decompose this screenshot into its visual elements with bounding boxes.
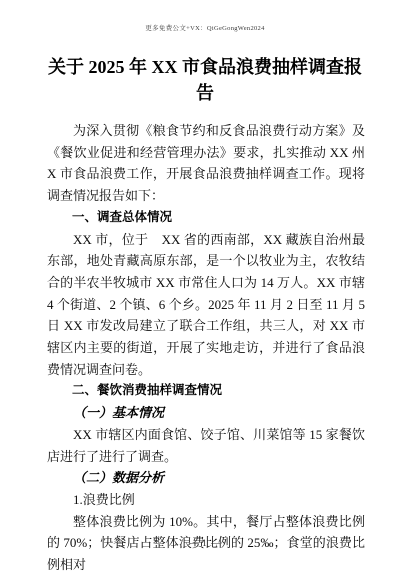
section-heading-survey-overview: 一、调查总体情况 bbox=[47, 207, 365, 229]
waste-ratio-label: 1.浪费比例 bbox=[47, 489, 365, 511]
page-number: — 1 — bbox=[0, 538, 410, 548]
section-heading-sampling-survey: 二、餐饮消费抽样调查情况 bbox=[47, 380, 365, 402]
document-page: 更多免费公文+VX：QiGeGongWen2024 关于 2025 年 XX 市… bbox=[0, 0, 410, 580]
document-body: 为深入贯彻《粮食节约和反食品浪费行动方案》及《餐饮业促进和经营管理办法》要求，扎… bbox=[47, 120, 365, 576]
document-title: 关于 2025 年 XX 市食品浪费抽样调查报告 bbox=[42, 54, 368, 106]
survey-overview-paragraph: XX 市，位于 XX 省的西南部，XX 藏族自治州最东部，地处青藏高原东部，是一… bbox=[47, 229, 365, 381]
intro-paragraph: 为深入贯彻《粮食节约和反食品浪费行动方案》及《餐饮业促进和经营管理办法》要求，扎… bbox=[47, 120, 365, 207]
basic-situation-paragraph: XX 市辖区内面食馆、饺子馆、川菜馆等 15 家餐饮店进行了进行了调查。 bbox=[47, 424, 365, 467]
subsection-heading-data-analysis: （二）数据分析 bbox=[47, 467, 365, 489]
subsection-heading-basic-situation: （一）基本情况 bbox=[47, 402, 365, 424]
header-promo-note: 更多免费公文+VX：QiGeGongWen2024 bbox=[0, 23, 410, 32]
